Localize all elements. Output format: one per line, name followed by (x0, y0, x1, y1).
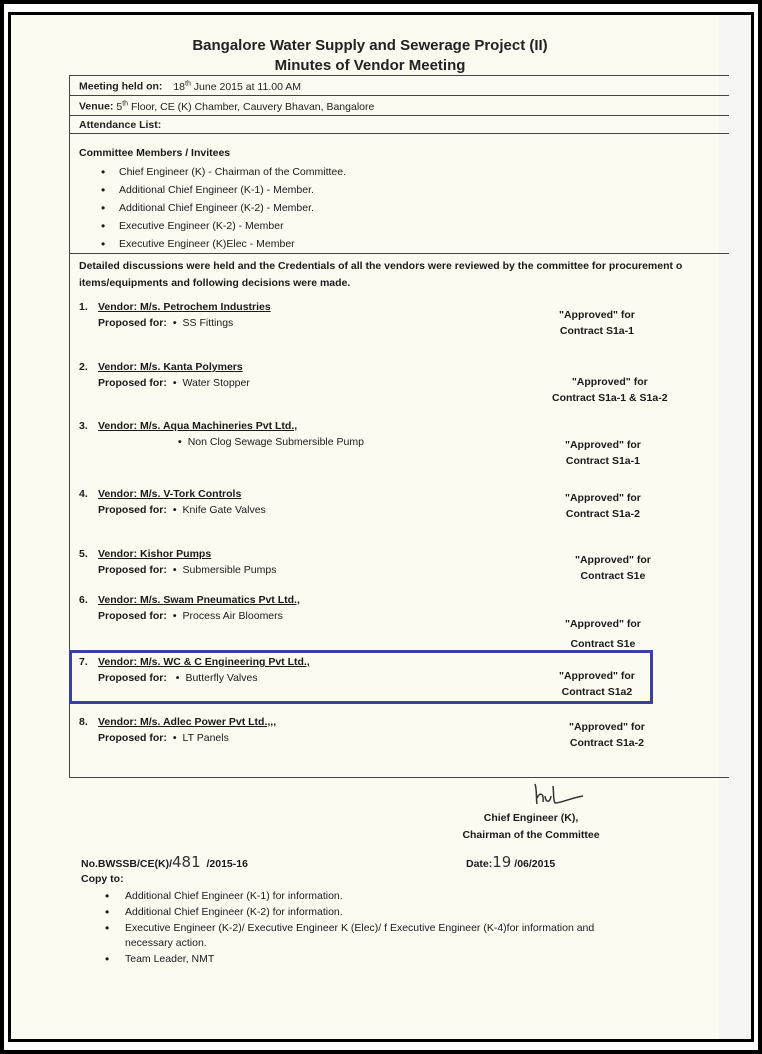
divider (69, 133, 729, 134)
member-item: Additional Chief Engineer (K-1) - Member… (119, 181, 346, 199)
copy-to-item: Additional Chief Engineer (K-2) for info… (125, 905, 625, 920)
divider (69, 115, 729, 116)
vendor-number: 4. (79, 488, 88, 500)
vendor-name: Vendor: M/s. Petrochem Industries (98, 301, 271, 313)
proposed-item: Process Air Bloomers (183, 610, 283, 622)
meeting-date-value: 18th June 2015 at 11.00 AM (173, 81, 301, 93)
approval-status: "Approved" forContract S1a-1 (559, 307, 635, 339)
vendor-name: Vendor: M/s. Adlec Power Pvt Ltd.,,, (98, 716, 276, 728)
member-item: Chief Engineer (K) - Chairman of the Com… (119, 163, 346, 181)
proposed-for: Proposed for:•SS Fittings (98, 317, 233, 329)
member-item: Executive Engineer (K-2) - Member (119, 217, 346, 235)
proposed-item: Butterfly Valves (185, 672, 257, 684)
intro-paragraph: Detailed discussions were held and the C… (79, 258, 729, 292)
proposed-item: SS Fittings (183, 317, 234, 329)
proposed-item: Water Stopper (183, 377, 250, 389)
vendor-name: Vendor: Kishor Pumps (98, 548, 211, 560)
vendor-number: 6. (79, 594, 88, 606)
divider (69, 95, 729, 96)
proposed-for: Proposed for:•Submersible Pumps (98, 564, 277, 576)
copy-to-item: Additional Chief Engineer (K-1) for info… (125, 889, 625, 904)
approval-status: "Approved" forContract S1a-2 (565, 490, 641, 522)
vendor-number: 3. (79, 420, 88, 432)
copy-to-item: Executive Engineer (K-2)/ Executive Engi… (125, 921, 625, 951)
meeting-held-label: Meeting held on: (79, 81, 162, 93)
proposed-for: •Non Clog Sewage Submersible Pump (172, 436, 364, 448)
venue-row: Venue: 5th Floor, CE (K) Chamber, Cauver… (79, 100, 374, 113)
copy-to-item: Team Leader, NMT (125, 952, 625, 967)
meeting-date-row: Meeting held on: 18th June 2015 at 11.00… (79, 80, 301, 93)
approval-status: "Approved" forContract S1e (575, 552, 651, 584)
venue-value: 5th Floor, CE (K) Chamber, Cauvery Bhava… (116, 101, 374, 113)
vendor-name: Vendor: M/s. Swam Pneumatics Pvt Ltd., (98, 594, 300, 606)
divider (69, 777, 729, 778)
document-subtitle: Minutes of Vendor Meeting (11, 57, 729, 74)
member-item: Additional Chief Engineer (K-2) - Member… (119, 199, 346, 217)
committee-members: Committee Members / Invitees Chief Engin… (79, 147, 346, 253)
proposed-item: Knife Gate Valves (183, 504, 266, 516)
signatory-role: Chairman of the Committee (451, 827, 611, 844)
vendor-name: Vendor: M/s. Kanta Polymers (98, 361, 243, 373)
signatory-title: Chief Engineer (K), (451, 810, 611, 827)
document-page: Bangalore Water Supply and Sewerage Proj… (11, 15, 751, 1039)
divider (69, 253, 729, 254)
vendor-number: 2. (79, 361, 88, 373)
reference-number: No.BWSSB/CE(K)/481 /2015-16 (81, 853, 248, 871)
committee-header: Committee Members / Invitees (79, 147, 346, 159)
divider (69, 75, 729, 76)
vendor-number: 5. (79, 548, 88, 560)
vendor-number: 1. (79, 301, 88, 313)
issue-date: Date:19 /06/2015 (466, 853, 555, 871)
intro-line: Detailed discussions were held and the C… (79, 258, 729, 275)
vendor-name: Vendor: M/s. WC & C Engineering Pvt Ltd.… (98, 656, 310, 668)
approval-status: "Approved" forContract S1a-2 (569, 719, 645, 751)
approval-status: "Approved" forContract S1a2 (559, 668, 635, 700)
proposed-for: Proposed for:•Water Stopper (98, 377, 250, 389)
proposed-for: Proposed for:•LT Panels (98, 732, 229, 744)
proposed-item: Submersible Pumps (183, 564, 277, 576)
proposed-item: Non Clog Sewage Submersible Pump (188, 436, 364, 448)
attendance-label: Attendance List: (79, 119, 161, 131)
vendor-name: Vendor: M/s. Aqua Machineries Pvt Ltd., (98, 420, 297, 432)
approval-status: "Approved" forContract S1e (565, 614, 641, 654)
proposed-for: Proposed for: •Butterfly Valves (98, 672, 258, 684)
intro-line: items/equipments and following decisions… (79, 275, 729, 292)
copy-to-list: Copy to: Additional Chief Engineer (K-1)… (81, 873, 625, 968)
member-item: Executive Engineer (K)Elec - Member (119, 235, 346, 253)
proposed-item: LT Panels (183, 732, 229, 744)
vendor-name: Vendor: M/s. V-Tork Controls (98, 488, 241, 500)
vendor-number: 8. (79, 716, 88, 728)
approval-status: "Approved" forContract S1a-1 (565, 437, 641, 469)
proposed-for: Proposed for:•Process Air Bloomers (98, 610, 283, 622)
signature-icon (531, 780, 591, 810)
signatory: Chief Engineer (K), Chairman of the Comm… (451, 810, 611, 844)
copy-to-header: Copy to: (81, 873, 625, 885)
vendor-number: 7. (79, 656, 88, 668)
proposed-for: Proposed for:•Knife Gate Valves (98, 504, 266, 516)
venue-label: Venue: (79, 101, 113, 113)
approval-status: "Approved" forContract S1a-1 & S1a-2 (552, 374, 668, 406)
document-title: Bangalore Water Supply and Sewerage Proj… (11, 37, 729, 54)
